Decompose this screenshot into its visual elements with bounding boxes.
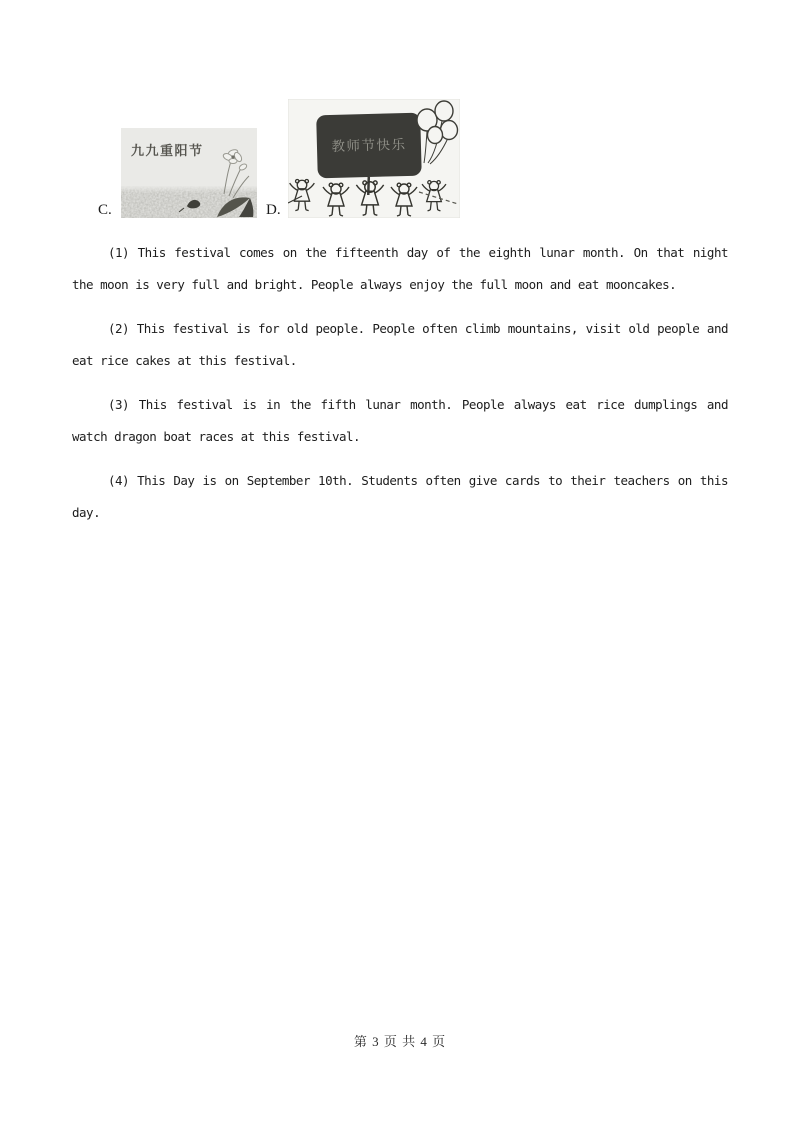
figure-c-caption: 九九重阳节 [131,143,204,159]
paragraph-4: (4) This Day is on September 10th. Stude… [72,465,728,529]
figure-d-board-text: 教师节快乐 [331,136,406,155]
paragraph-1: (1) This festival comes on the fifteenth… [72,237,728,301]
paragraph-line: watch dragon boat races at this festival… [72,421,728,453]
paragraph-line: day. [72,497,728,529]
page-footer: 第 3 页 共 4 页 [0,1031,800,1050]
paragraph-line: (4) This Day is on September 10th. Stude… [72,465,728,497]
figure-d-image: 教师节快乐 [288,99,460,218]
paragraph-line: the moon is very full and bright. People… [72,269,728,301]
page-number-indicator: 第 3 页 共 4 页 [354,1034,446,1049]
document-page: 九九重阳节 C. 教师 [0,0,800,1132]
paragraph-line: (1) This festival comes on the fifteenth… [72,237,728,269]
paragraph-line: (2) This festival is for old people. Peo… [72,313,728,345]
figure-c-image: 九九重阳节 [121,128,257,218]
double-ninth-festival-illustration: 九九重阳节 [121,128,257,218]
figure-d-label: D. [266,202,281,219]
teachers-day-illustration: 教师节快乐 [288,99,460,218]
paragraph-line: eat rice cakes at this festival. [72,345,728,377]
paragraph-2: (2) This festival is for old people. Peo… [72,313,728,377]
paragraph-3: (3) This festival is in the fifth lunar … [72,389,728,453]
figure-c-label: C. [98,202,112,219]
paragraph-line: (3) This festival is in the fifth lunar … [72,389,728,421]
reading-passage: (1) This festival comes on the fifteenth… [72,237,728,541]
